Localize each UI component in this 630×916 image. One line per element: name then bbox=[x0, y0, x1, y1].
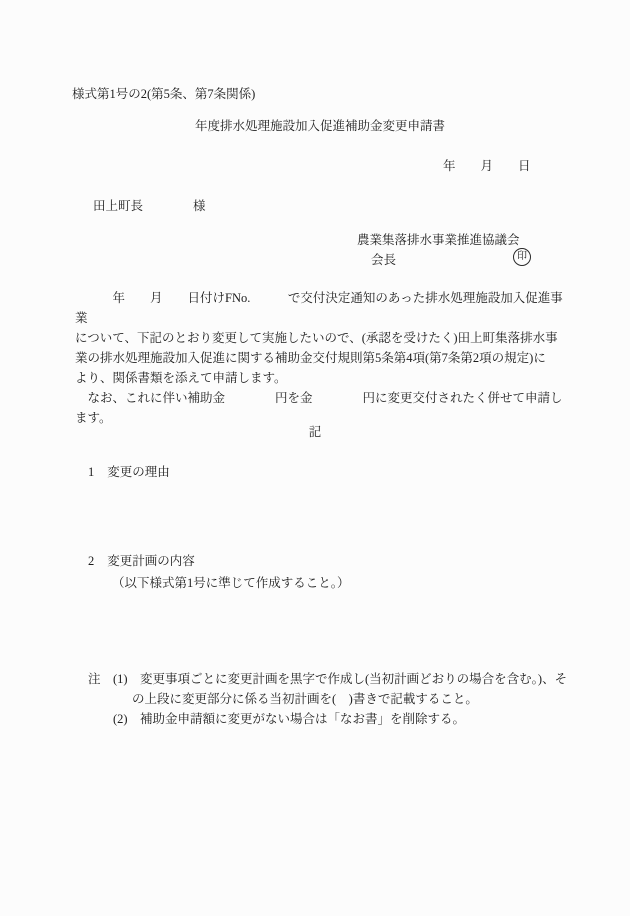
document-page: 様式第1号の2(第5条、第7条関係) 年度排水処理施設加入促進補助金変更申請書 … bbox=[0, 0, 630, 916]
notes-label: 注 bbox=[88, 669, 101, 689]
note-2-number: (2) bbox=[113, 709, 128, 729]
note-1-line-2: の上段に変更部分に係る当初計画を( )書きで記載すること。 bbox=[132, 689, 478, 709]
note-1-line-1: 変更事項ごとに変更計画を黒字で作成し(当初計画どおりの場合を含む。)、そ bbox=[140, 669, 567, 689]
ki-marker: 記 bbox=[0, 422, 630, 442]
addressee-line: 田上町長 様 bbox=[93, 196, 206, 216]
item-2-subnote: （以下様式第1号に準じて作成すること。） bbox=[112, 573, 350, 593]
item-2-label: 変更計画の内容 bbox=[107, 554, 195, 568]
note-2-text: 補助金申請額に変更がない場合は「なお書」を削除する。 bbox=[140, 709, 465, 729]
seal-mark-icon: 印 bbox=[513, 248, 531, 266]
body-paragraph: 年 月 日付けFNo. で交付決定通知のあった排水処理施設加入促進事業 について… bbox=[75, 288, 575, 428]
document-title: 年度排水処理施設加入促進補助金変更申請書 bbox=[195, 116, 445, 136]
applicant-organization: 農業集落排水事業推進協議会 bbox=[357, 230, 520, 250]
item-1-label: 変更の理由 bbox=[107, 465, 170, 479]
date-line: 年 月 日 bbox=[443, 156, 531, 176]
item-1-number: 1 bbox=[88, 465, 94, 479]
applicant-role: 会長 bbox=[371, 250, 396, 270]
item-2: 2変更計画の内容 bbox=[88, 551, 195, 571]
item-2-number: 2 bbox=[88, 554, 94, 568]
note-1-number: (1) bbox=[113, 669, 128, 689]
form-number: 様式第1号の2(第5条、第7条関係) bbox=[72, 84, 255, 104]
item-1: 1変更の理由 bbox=[88, 462, 170, 482]
